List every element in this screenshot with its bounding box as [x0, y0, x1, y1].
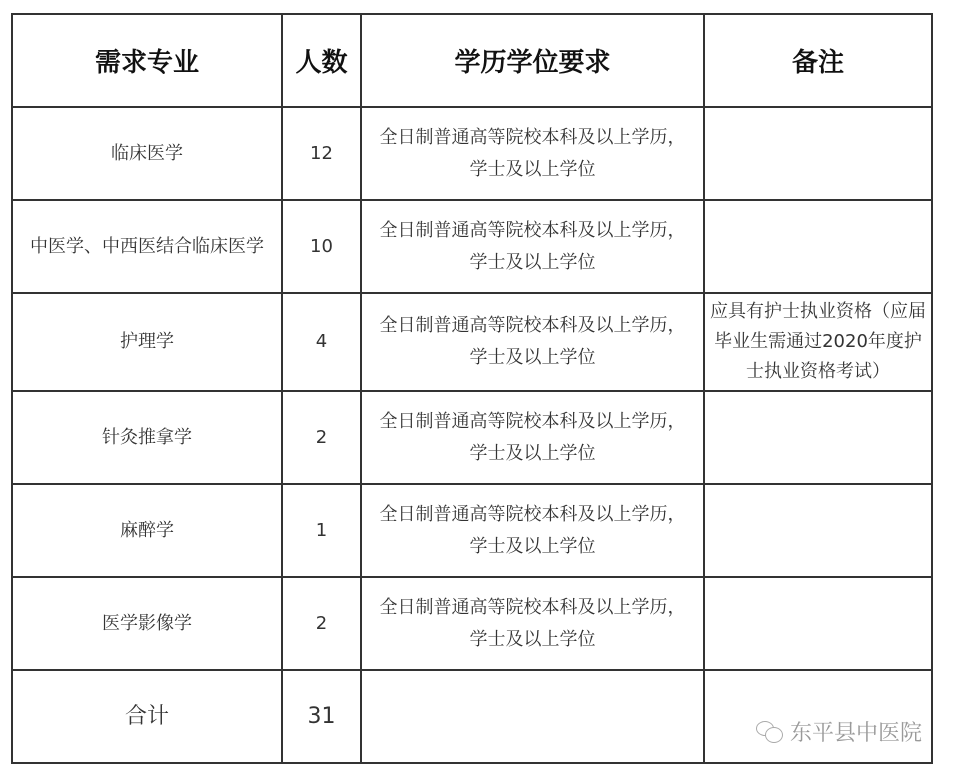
cell-major: 中医学、中西医结合临床医学	[12, 200, 282, 293]
table-row: 针灸推拿学 2 全日制普通高等院校本科及以上学历，学士及以上学位	[12, 391, 932, 484]
cell-count: 10	[282, 200, 361, 293]
cell-note	[704, 484, 932, 577]
recruitment-table: 需求专业 人数 学历学位要求 备注 临床医学 12 全日制普通高等院校本科及以上…	[11, 13, 933, 764]
header-count: 人数	[282, 14, 361, 107]
cell-requirement: 全日制普通高等院校本科及以上学历，学士及以上学位	[361, 200, 704, 293]
cell-requirement: 全日制普通高等院校本科及以上学历，学士及以上学位	[361, 391, 704, 484]
table-row: 护理学 4 全日制普通高等院校本科及以上学历，学士及以上学位 应具有护士执业资格…	[12, 293, 932, 391]
cell-count: 4	[282, 293, 361, 391]
cell-count: 12	[282, 107, 361, 200]
cell-note	[704, 577, 932, 670]
cell-note	[704, 391, 932, 484]
cell-requirement: 全日制普通高等院校本科及以上学历，学士及以上学位	[361, 577, 704, 670]
header-major: 需求专业	[12, 14, 282, 107]
cell-count: 1	[282, 484, 361, 577]
header-row: 需求专业 人数 学历学位要求 备注	[12, 14, 932, 107]
cell-count: 2	[282, 391, 361, 484]
header-note: 备注	[704, 14, 932, 107]
cell-major: 医学影像学	[12, 577, 282, 670]
cell-count: 2	[282, 577, 361, 670]
watermark-text: 东平县中医院	[790, 716, 922, 747]
cell-major: 临床医学	[12, 107, 282, 200]
cell-major: 护理学	[12, 293, 282, 391]
table-row: 临床医学 12 全日制普通高等院校本科及以上学历，学士及以上学位	[12, 107, 932, 200]
cell-note	[704, 200, 932, 293]
wechat-icon	[756, 721, 784, 743]
cell-major: 麻醉学	[12, 484, 282, 577]
table-row: 医学影像学 2 全日制普通高等院校本科及以上学历，学士及以上学位	[12, 577, 932, 670]
header-requirement: 学历学位要求	[361, 14, 704, 107]
table-row: 麻醉学 1 全日制普通高等院校本科及以上学历，学士及以上学位	[12, 484, 932, 577]
table-row: 中医学、中西医结合临床医学 10 全日制普通高等院校本科及以上学历，学士及以上学…	[12, 200, 932, 293]
cell-note	[704, 107, 932, 200]
total-label: 合计	[12, 670, 282, 763]
cell-major: 针灸推拿学	[12, 391, 282, 484]
watermark: 东平县中医院	[756, 716, 922, 747]
total-count: 31	[282, 670, 361, 763]
total-requirement	[361, 670, 704, 763]
cell-requirement: 全日制普通高等院校本科及以上学历，学士及以上学位	[361, 107, 704, 200]
cell-requirement: 全日制普通高等院校本科及以上学历，学士及以上学位	[361, 484, 704, 577]
cell-requirement: 全日制普通高等院校本科及以上学历，学士及以上学位	[361, 293, 704, 391]
cell-note: 应具有护士执业资格（应届毕业生需通过2020年度护士执业资格考试）	[704, 293, 932, 391]
